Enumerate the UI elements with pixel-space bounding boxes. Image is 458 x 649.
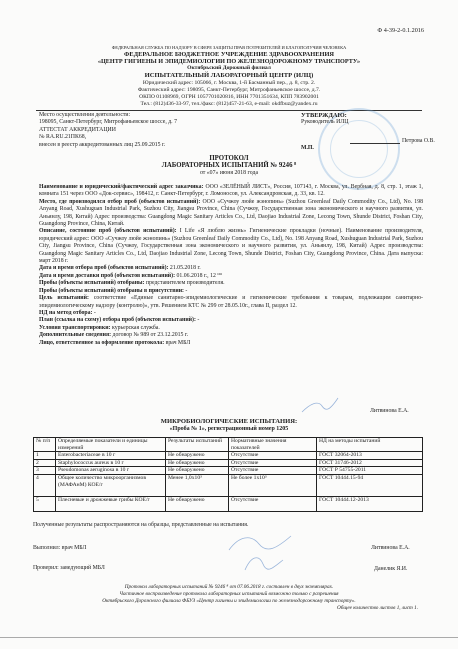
field-sample-description: Описание, состояние проб (объектов испыт… xyxy=(39,228,423,265)
accreditation-label: АТТЕСТАТ АККРЕДИТАЦИИ xyxy=(39,127,177,134)
footer-line-1: Протокол лабораторных испытаний № 9246 ⁸… xyxy=(0,584,458,590)
form-code: Ф 4-39-2-0.1.2016 xyxy=(377,27,424,34)
registration-codes: ОКПО 01108969, ОГРН 1057701020816, ИНН 7… xyxy=(0,94,458,100)
seal-label: М.П. xyxy=(301,145,314,152)
footer-sheet-count: Общее количество листов 1, лист 1. xyxy=(337,605,418,611)
page-edge-line xyxy=(0,637,458,638)
cell-indicator: Общее количество микроорганизмов (МАФАнМ… xyxy=(56,474,166,496)
col-header-norm: Нормативные значения показателей xyxy=(229,438,317,452)
performed-by-role: Выполнил: врач МБЛ xyxy=(33,545,86,552)
table-row: 4 Общее количество микроорганизмов (МАФА… xyxy=(34,474,423,496)
approval-label: УТВЕРЖДАЮ: xyxy=(301,112,348,119)
protocol-date: от «07» июня 2018 года xyxy=(0,170,458,176)
cell-indicator: Плесневые и дрожжевые грибы КОЕ/г xyxy=(56,496,166,511)
cell-method: ГОСТ 10444.12-2013 xyxy=(317,496,423,511)
checked-by-name: Данелик Я.И. xyxy=(374,566,407,573)
col-header-number: № п/п xyxy=(34,438,56,452)
approval-name: Петрова О.В. xyxy=(402,138,435,145)
footer-line-3: Октябрьского Дорожного филиала ФБУЗ «Цен… xyxy=(0,598,458,604)
cell-indicator: Pseudomonas aeruginosa в 10 г xyxy=(56,467,166,475)
cell-indicator: Enterobacteriaceae в 10 г xyxy=(56,452,166,460)
field-sampling-place: Место, где производился отбор проб (объе… xyxy=(39,199,423,229)
approval-position: Руководитель ИЛЦ xyxy=(301,119,348,126)
signature-icon xyxy=(300,396,340,416)
cell-result: Менее 1,0x10³ xyxy=(166,474,229,496)
cell-result: Не обнаружено xyxy=(166,467,229,475)
cell-norm: Отсутствие xyxy=(229,467,317,475)
col-header-result: Результаты испытаний xyxy=(166,438,229,452)
cell-norm: Отсутствие xyxy=(229,459,317,467)
micro-title: МИКРОБИОЛОГИЧЕСКИЕ ИСПЫТАНИЯ: xyxy=(0,418,458,425)
activity-place-address: 198095, Санкт-Петербург, Митрофаньевское… xyxy=(39,119,177,126)
institution-line-2: «ЦЕНТР ГИГИЕНЫ И ЭПИДЕМИОЛОГИИ ПО ЖЕЛЕЗН… xyxy=(0,58,458,65)
cell-method: ГОСТ 10444.15-94 xyxy=(317,474,423,496)
table-header-row: № п/п Определяемые показатели и единицы … xyxy=(34,438,423,452)
checked-by-role: Проверил: заведующий МБЛ xyxy=(33,565,105,572)
field-sampling-date: Дата и время отбора проб (объектов испыт… xyxy=(39,265,423,272)
cell-number: 1 xyxy=(34,452,56,460)
performed-by-name: Литвинова Е.А. xyxy=(371,545,410,552)
cell-indicator: Staphylococcus aureus в 10 г xyxy=(56,459,166,467)
legal-address: Юридический адрес: 105066, г. Москва, 1-… xyxy=(0,80,458,86)
table-row: 2 Staphylococcus aureus в 10 г Не обнару… xyxy=(34,459,423,467)
field-sampling-plan: План (ссылка на схему) отбора проб (объе… xyxy=(39,317,423,324)
col-header-method: НД на методы испытаний xyxy=(317,438,423,452)
cell-norm: Не более 1x10³ xyxy=(229,474,317,496)
responsible-name: Литвинова Е.А. xyxy=(370,408,409,415)
cell-number: 5 xyxy=(34,496,56,511)
cell-result: Не обнаружено xyxy=(166,496,229,511)
field-sampled-in-presence: Пробы (объекты испытаний) отобраны в при… xyxy=(39,288,423,295)
cell-result: Не обнаружено xyxy=(166,452,229,460)
field-transport: Условия транспортировки: курьерская служ… xyxy=(39,325,423,332)
accreditation-number: № RA.RU.21ПК68, xyxy=(39,134,177,141)
lab-center-name: ИСПЫТАТЕЛЬНЫЙ ЛАБОРАТОРНЫЙ ЦЕНТР (ИЛЦ) xyxy=(0,72,458,79)
table-row: 1 Enterobacteriaceae в 10 г Не обнаружен… xyxy=(34,452,423,460)
micro-sample: «Проба № 1», регистрационный номер 1205 xyxy=(0,426,458,432)
agency-name: ФЕДЕРАЛЬНАЯ СЛУЖБА ПО НАДЗОРУ В СФЕРЕ ЗА… xyxy=(0,45,458,50)
cell-norm: Отсутствие xyxy=(229,496,317,511)
field-responsible: Лицо, ответственное за оформление проток… xyxy=(39,340,423,347)
approval-signature-line xyxy=(350,143,400,144)
cell-norm: Отсутствие xyxy=(229,452,317,460)
col-header-indicator: Определяемые показатели и единицы измере… xyxy=(56,438,166,452)
field-sampled-by: Пробы (объекты испытаний) отобраны: пред… xyxy=(39,280,423,287)
results-table: № п/п Определяемые показатели и единицы … xyxy=(33,437,423,512)
field-customer: Наименование и юридический/фактический а… xyxy=(39,184,423,199)
cell-method: ГОСТ 32064-2013 xyxy=(317,452,423,460)
actual-address: Фактический адрес: 198095, Санкт-Петербу… xyxy=(0,87,458,93)
cell-method: ГОСТ 31746-2012 xyxy=(317,459,423,467)
registry-note: внесен в реестр аккредитованных лиц 25.0… xyxy=(39,142,177,149)
cell-result: Не обнаружено xyxy=(166,459,229,467)
approval-block: УТВЕРЖДАЮ: Руководитель ИЛЦ xyxy=(301,112,348,127)
institution-line-1: ФЕДЕРАЛЬНОЕ БЮДЖЕТНОЕ УЧРЕЖДЕНИЕ ЗДРАВОО… xyxy=(0,51,458,58)
field-additional-info: Дополнительные сведения: договор № 989 о… xyxy=(39,332,423,339)
signature-icon xyxy=(225,530,295,575)
protocol-subtitle: ЛАБОРАТОРНЫХ ИСПЫТАНИЙ № 9246 ⁸ xyxy=(0,162,458,169)
field-test-purpose: Цель испытаний: соответствие «Единые сан… xyxy=(39,295,423,310)
results-note: Полученные результаты распространяются н… xyxy=(33,522,248,529)
footer-line-2: Частичное воспроизведение протокола лабо… xyxy=(0,591,458,597)
table-row: 3 Pseudomonas aeruginosa в 10 г Не обнар… xyxy=(34,467,423,475)
cell-number: 2 xyxy=(34,459,56,467)
table-row: 5 Плесневые и дрожжевые грибы КОЕ/г Не о… xyxy=(34,496,423,511)
protocol-fields: Наименование и юридический/фактический а… xyxy=(39,184,423,347)
protocol-title: ПРОТОКОЛ xyxy=(0,155,458,162)
branch-name: Октябрьский Дорожный филиал xyxy=(0,65,458,71)
protocol-document: Ф 4-39-2-0.1.2016 ФЕДЕРАЛЬНАЯ СЛУЖБА ПО … xyxy=(0,0,458,649)
cell-number: 3 xyxy=(34,467,56,475)
activity-block: Место осуществления деятельности: 198095… xyxy=(39,112,177,149)
contacts: Тел.: (812)436-33-97, тел./факс: (812)45… xyxy=(0,101,458,107)
cell-method: ГОСТ Р 54755-2011 xyxy=(317,467,423,475)
cell-number: 4 xyxy=(34,474,56,496)
